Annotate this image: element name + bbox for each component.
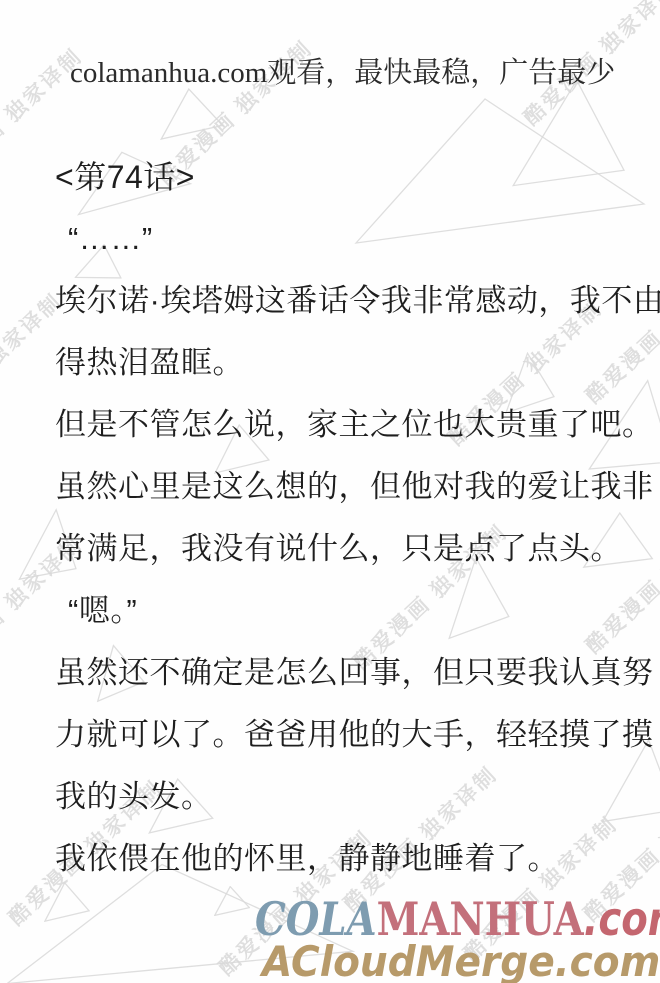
text-line: 得热泪盈眶。 <box>55 332 650 394</box>
text-line: “嗯。” <box>55 580 650 642</box>
text-line: 我的头发。 <box>55 766 650 828</box>
text-line: 虽然还不确定是怎么回事，但只要我认真努 <box>55 642 650 704</box>
text-line: 但是不管怎么说，家主之位也太贵重了吧。 <box>55 394 650 456</box>
text-line: “……” <box>55 208 650 270</box>
site-logo: COLAMANHUA.com <box>255 896 660 942</box>
text-line: 埃尔诺·埃塔姆这番话令我非常感动，我不由 <box>55 270 650 332</box>
chapter-title: <第74话> <box>55 146 650 208</box>
site-notice-text: colamanhua.com观看，最快最稳，广告最少 <box>70 50 615 91</box>
chapter-content: <第74话> “……” 埃尔诺·埃塔姆这番话令我非常感动，我不由 得热泪盈眶。 … <box>55 146 650 890</box>
secondary-site-logo: ACloudMerge.com <box>262 941 660 983</box>
triangle-watermark-icon <box>214 886 250 921</box>
text-line: 虽然心里是这么想的，但他对我的爱让我非 <box>55 456 650 518</box>
manhua-text-page: 酷爱漫画 独家译制酷爱漫画 独家译制酷爱漫画 独家译制酷爱漫画 独家译制酷爱漫画… <box>0 0 660 983</box>
text-line: 我依偎在他的怀里，静静地睡着了。 <box>55 828 650 890</box>
text-line: 力就可以了。爸爸用他的大手，轻轻摸了摸 <box>55 704 650 766</box>
triangle-watermark-icon <box>160 88 224 145</box>
text-line: 常满足，我没有说什么，只是点了点头。 <box>55 518 650 580</box>
